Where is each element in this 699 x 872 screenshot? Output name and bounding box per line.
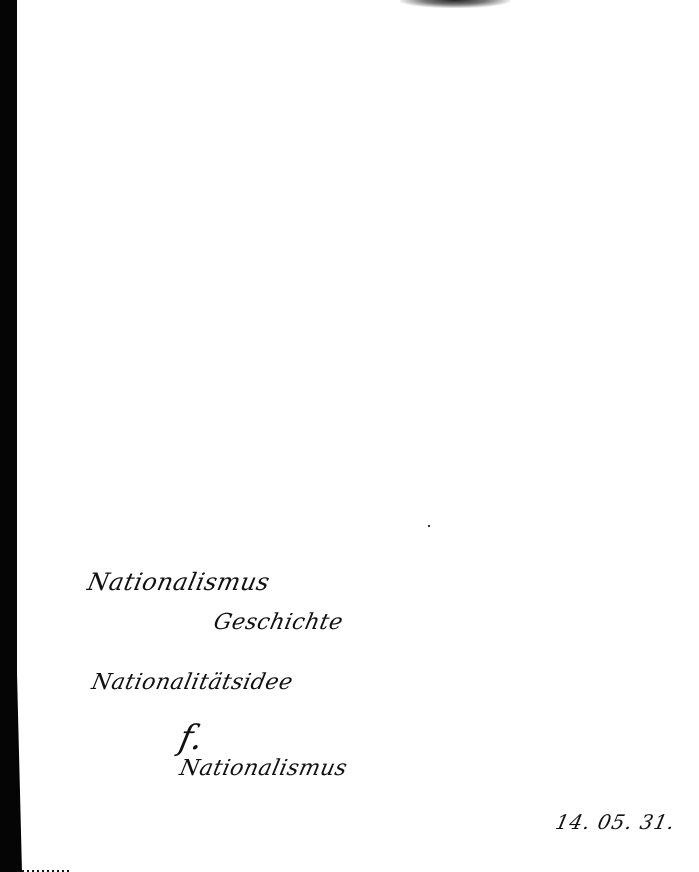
handwritten-line-geschichte: Geschichte <box>211 610 345 635</box>
scan-left-border-taper <box>0 0 22 872</box>
handwritten-line-f: f. <box>176 718 208 758</box>
handwritten-date: 14. 05. 31. <box>553 810 677 834</box>
handwritten-line-nationalitaetsidee: Nationalitätsidee <box>89 670 295 695</box>
handwritten-line-nationalismus: Nationalismus <box>85 568 272 596</box>
scan-top-shadow <box>400 0 510 8</box>
handwritten-line-nationalismus-2: Nationalismus <box>177 756 349 781</box>
scanned-page: Nationalismus Geschichte Nationalitätsid… <box>0 0 699 872</box>
scan-speck <box>428 525 430 527</box>
